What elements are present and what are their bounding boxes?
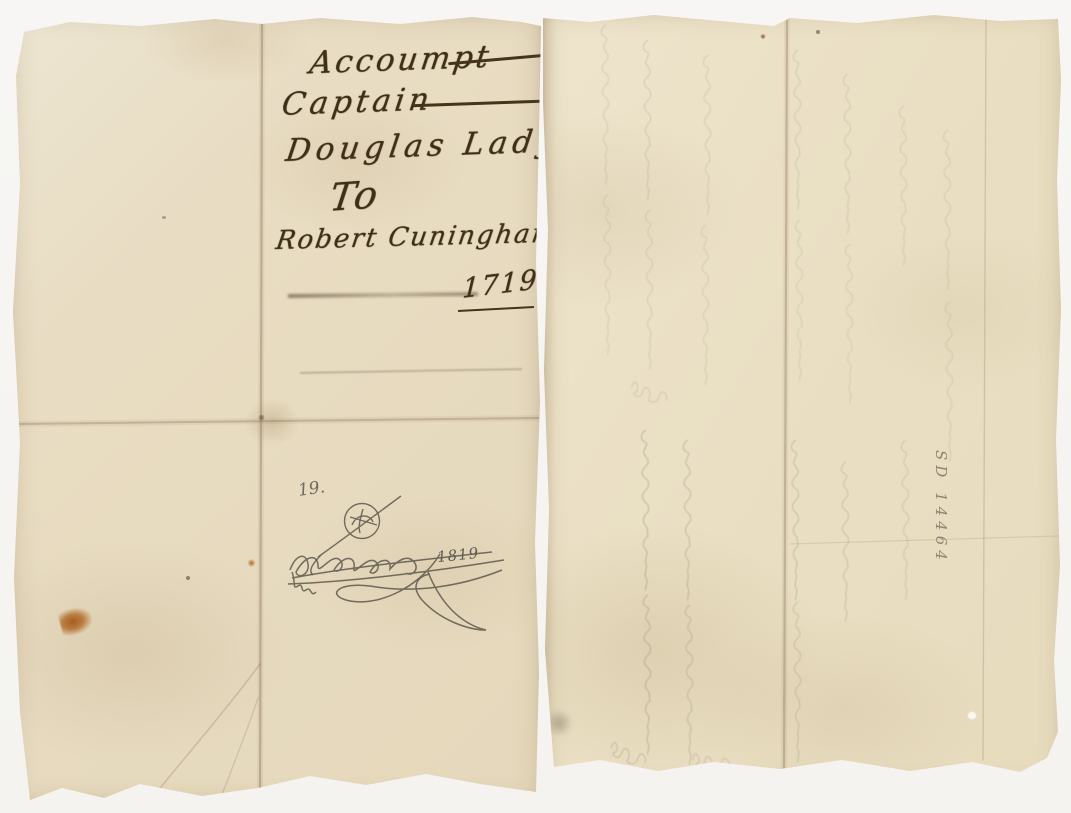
document-right-leaf: SD 14464 bbox=[542, 10, 1064, 790]
ink-smear-line bbox=[288, 292, 478, 298]
pencil-folio-number: 19. bbox=[297, 477, 327, 501]
pencil-scribble-signature bbox=[288, 552, 504, 630]
right-leaf-creases bbox=[784, 16, 1058, 768]
docket-line-captain: Captain bbox=[280, 81, 436, 122]
pencil-scribble-year: 1819 bbox=[436, 544, 480, 566]
year-underline bbox=[458, 306, 534, 312]
stain-speck bbox=[816, 30, 820, 34]
archive-reference-pencil-mark: SD 14464 bbox=[932, 450, 950, 565]
right-leaf-marks bbox=[542, 10, 1064, 790]
bleed-through-writing bbox=[601, 25, 952, 773]
document-left-leaf: Accoumpt Captain Douglas Lady To Robert … bbox=[10, 12, 542, 804]
stain-speck bbox=[162, 216, 166, 219]
faint-pencil-rule bbox=[300, 368, 522, 374]
docket-line-robert-cuninghame: Robert Cuninghame bbox=[274, 218, 578, 256]
paper-flaw-spot bbox=[968, 712, 976, 719]
scan-backdrop: SD 14464 bbox=[0, 0, 1071, 813]
docket-line-to: To bbox=[327, 172, 382, 220]
ink-dot bbox=[540, 90, 543, 94]
docket-year: 1719 bbox=[461, 264, 539, 305]
rust-speck bbox=[247, 559, 256, 567]
pencil-circle-mark bbox=[311, 496, 401, 575]
docket-line-douglas-lady: Douglas Lady bbox=[284, 123, 563, 169]
stain-speck bbox=[186, 576, 190, 580]
fold-pinhole-mark bbox=[259, 415, 264, 420]
stain-speck bbox=[760, 34, 766, 39]
rust-stain bbox=[57, 604, 95, 637]
graphite-smudge bbox=[544, 710, 574, 736]
